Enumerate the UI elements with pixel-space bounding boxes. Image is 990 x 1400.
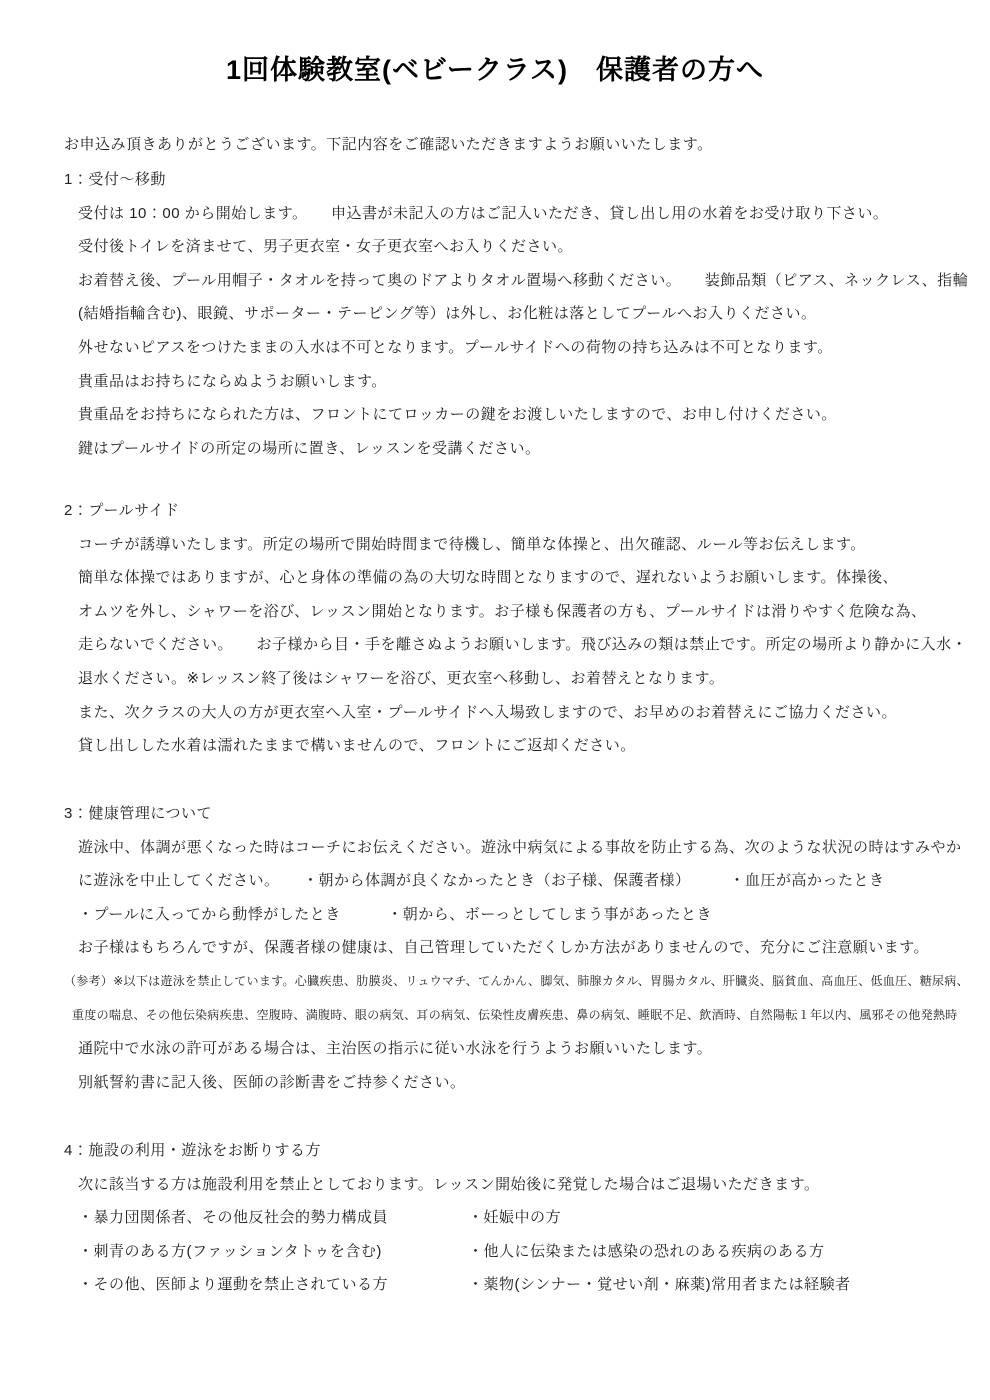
- reference-note-line: 重度の喘息、その他伝染病疾患、空腹時、満腹時、眼の病気、耳の病気、伝染性皮膚疾患…: [64, 999, 969, 1033]
- document-title: 1回体験教室(ベビークラス) 保護者の方へ: [0, 48, 990, 87]
- bullet-row: ・その他、医師より運動を禁止されている方 ・薬物(シンナー・覚せい剤・麻薬)常用…: [64, 1268, 851, 1302]
- section-reception: 1：受付～移動 受付は 10：00 から開始します。 申込書が未記入の方はご記入…: [64, 163, 968, 465]
- intro-line: お申込み頂きありがとうございます。下記内容をご確認いただきますようお願いいたしま…: [64, 128, 713, 162]
- section-poolside: 2：プールサイド コーチが誘導いたします。所定の場所で開始時間まで待機し、簡単な…: [64, 494, 967, 763]
- section-health-heading: 3：健康管理について: [64, 797, 969, 831]
- section-health: 3：健康管理について 遊泳中、体調が悪くなった時はコーチにお伝えください。遊泳中…: [64, 797, 969, 1099]
- text-line: 通院中で水泳の許可がある場合は、主治医の指示に従い水泳を行うようお願いいたします…: [64, 1032, 969, 1066]
- text-line: また、次クラスの大人の方が更衣室へ入室・プールサイドへ入場致しますので、お早めの…: [64, 696, 967, 730]
- text-line: 貴重品をお持ちになられた方は、フロントにてロッカーの鍵をお渡しいたしますので、お…: [64, 398, 968, 432]
- bullet-item: ・刺青のある方(ファッションタトゥを含む): [78, 1235, 468, 1269]
- text-line: オムツを外し、シャワーを浴び、レッスン開始となります。お子様も保護者の方も、プー…: [64, 595, 967, 629]
- text-line: 受付後トイレを済ませて、男子更衣室・女子更衣室へお入りください。: [64, 230, 968, 264]
- bullet-item: ・他人に伝染または感染の恐れのある疾病のある方: [468, 1235, 825, 1269]
- bullet-row: ・刺青のある方(ファッションタトゥを含む) ・他人に伝染または感染の恐れのある疾…: [64, 1235, 851, 1269]
- text-line: 遊泳中、体調が悪くなった時はコーチにお伝えください。遊泳中病気による事故を防止す…: [64, 831, 969, 865]
- bullet-item: ・その他、医師より運動を禁止されている方: [78, 1268, 468, 1302]
- section-refusal-heading: 4：施設の利用・遊泳をお断りする方: [64, 1134, 851, 1168]
- text-line: 貴重品はお持ちにならぬようお願いします。: [64, 365, 968, 399]
- bullet-item: ・暴力団関係者、その他反社会的勢力構成員: [78, 1201, 468, 1235]
- bullet-item: ・妊娠中の方: [468, 1201, 561, 1235]
- text-line: 鍵はプールサイドの所定の場所に置き、レッスンを受講ください。: [64, 432, 968, 466]
- text-line: お着替え後、プール用帽子・タオルを持って奥のドアよりタオル置場へ移動ください。 …: [64, 264, 968, 298]
- bullet-row: ・暴力団関係者、その他反社会的勢力構成員 ・妊娠中の方: [64, 1201, 851, 1235]
- text-line: 別紙誓約書に記入後、医師の診断書をご持参ください。: [64, 1066, 969, 1100]
- section-refusal: 4：施設の利用・遊泳をお断りする方 次に該当する方は施設利用を禁止としております…: [64, 1134, 851, 1302]
- text-line: コーチが誘導いたします。所定の場所で開始時間まで待機し、簡単な体操と、出欠確認、…: [64, 528, 967, 562]
- text-line: (結婚指輪含む)、眼鏡、サポーター・テーピング等）は外し、お化粧は落としてプール…: [64, 297, 968, 331]
- text-line: 貸し出しした水着は濡れたままで構いませんので、フロントにご返却ください。: [64, 729, 967, 763]
- text-line: 受付は 10：00 から開始します。 申込書が未記入の方はご記入いただき、貸し出…: [64, 197, 968, 231]
- text-line: 外せないピアスをつけたままの入水は不可となります。プールサイドへの荷物の持ち込み…: [64, 331, 968, 365]
- text-line: ・プールに入ってから動悸がしたとき ・朝から、ボーっとしてしまう事があったとき: [64, 898, 969, 932]
- text-line: 走らないでください。 お子様から目・手を離さぬようお願いします。飛び込みの類は禁…: [64, 628, 967, 662]
- text-line: に遊泳を中止してください。 ・朝から体調が良くなかったとき（お子様、保護者様） …: [64, 864, 969, 898]
- reference-note-line: （参考）※以下は遊泳を禁止しています。心臓疾患、肋膜炎、リュウマチ、てんかん、脚…: [64, 965, 969, 999]
- text-line: 簡単な体操ではありますが、心と身体の準備の為の大切な時間となりますので、遅れない…: [64, 561, 967, 595]
- text-line: お子様はもちろんですが、保護者様の健康は、自己管理していただくしか方法がありませ…: [64, 931, 969, 965]
- document-page: 1回体験教室(ベビークラス) 保護者の方へ お申込み頂きありがとうございます。下…: [0, 0, 990, 1400]
- bullet-item: ・薬物(シンナー・覚せい剤・麻薬)常用者または経験者: [468, 1268, 851, 1302]
- text-line: 退水ください。※レッスン終了後はシャワーを浴び、更衣室へ移動し、お着替えとなりま…: [64, 662, 967, 696]
- section-poolside-heading: 2：プールサイド: [64, 494, 967, 528]
- section-reception-heading: 1：受付～移動: [64, 163, 968, 197]
- text-line: 次に該当する方は施設利用を禁止としております。レッスン開始後に発覚した場合はご退…: [64, 1168, 851, 1202]
